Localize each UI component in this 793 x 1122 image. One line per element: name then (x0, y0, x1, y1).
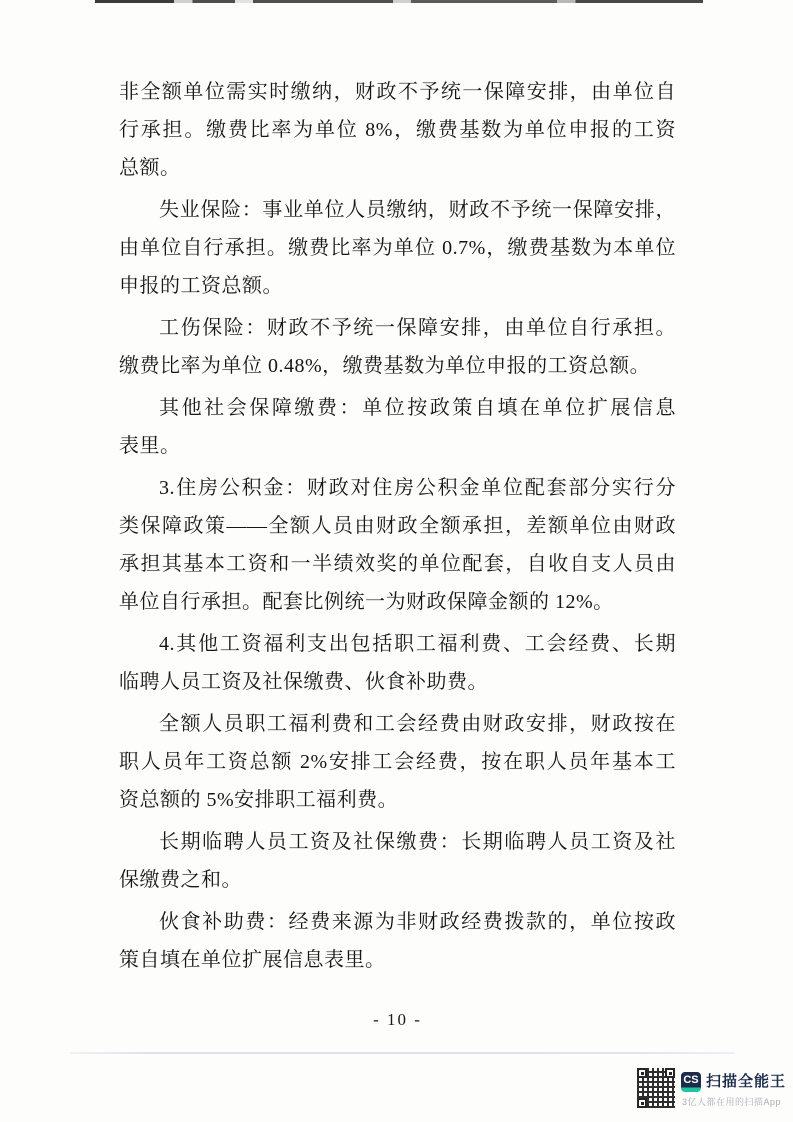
qr-finder-icon (665, 1068, 675, 1078)
text-line: 行承担。缴费比率为单位 8%，缴费基数为单位申报的工资 (119, 111, 676, 149)
text-line: 承担其基本工资和一半绩效奖的单位配套，自收自支人员由 (119, 545, 676, 583)
text-line: 申报的工资总额。 (119, 267, 676, 305)
text-line: 缴费比率为单位 0.48%，缴费基数为单位申报的工资总额。 (119, 347, 676, 385)
text-line: 4.其他工资福利支出包括职工福利费、工会经费、长期 (119, 625, 676, 663)
text-line: 3.住房公积金：财政对住房公积金单位配套部分实行分 (119, 469, 676, 507)
scanned-page: 非全额单位需实时缴纳，财政不予统一保障安排，由单位自 行承担。缴费比率为单位 8… (0, 0, 793, 1122)
camscanner-brand-name: 扫描全能王 (706, 1072, 786, 1092)
text-line: 总额。 (119, 149, 676, 187)
text-line: 长期临聘人员工资及社保缴费：长期临聘人员工资及社 (119, 823, 676, 861)
scan-bottom-edge-line (70, 1052, 735, 1054)
paragraph: 3.住房公积金：财政对住房公积金单位配套部分实行分 类保障政策——全额人员由财政… (119, 469, 676, 621)
camscanner-tagline: 3亿人都在用的扫描App (682, 1095, 781, 1108)
camscanner-logo-icon: CS (681, 1072, 701, 1092)
text-line: 单位自行承担。配套比例统一为财政保障金额的 12%。 (119, 583, 676, 621)
paragraph: 长期临聘人员工资及社保缴费：长期临聘人员工资及社 保缴费之和。 (119, 823, 676, 899)
paragraph: 4.其他工资福利支出包括职工福利费、工会经费、长期 临聘人员工资及社保缴费、伙食… (119, 625, 676, 701)
text-line: 全额人员职工福利费和工会经费由财政安排，财政按在 (119, 705, 676, 743)
text-line: 非全额单位需实时缴纳，财政不予统一保障安排，由单位自 (119, 73, 676, 111)
qr-finder-icon (637, 1098, 647, 1108)
document-content: 非全额单位需实时缴纳，财政不予统一保障安排，由单位自 行承担。缴费比率为单位 8… (119, 73, 676, 979)
text-line: 策自填在单位扩展信息表里。 (119, 941, 676, 979)
scan-artifact-top-edge (95, 0, 703, 3)
qr-code (637, 1068, 675, 1108)
text-line: 资总额的 5%安排职工福利费。 (119, 781, 676, 819)
paragraph: 非全额单位需实时缴纳，财政不予统一保障安排，由单位自 行承担。缴费比率为单位 8… (119, 73, 676, 187)
qr-finder-icon (637, 1068, 647, 1078)
text-line: 由单位自行承担。缴费比率为单位 0.7%，缴费基数为本单位 (119, 229, 676, 267)
text-line: 表里。 (119, 427, 676, 465)
paragraph: 其他社会保障缴费：单位按政策自填在单位扩展信息 表里。 (119, 389, 676, 465)
text-line: 职人员年工资总额 2%安排工会经费，按在职人员年基本工 (119, 743, 676, 781)
text-line: 临聘人员工资及社保缴费、伙食补助费。 (119, 663, 676, 701)
paragraph: 失业保险：事业单位人员缴纳，财政不予统一保障安排， 由单位自行承担。缴费比率为单… (119, 191, 676, 305)
camscanner-watermark: CS 扫描全能王 3亿人都在用的扫描App (637, 1066, 787, 1116)
text-line: 其他社会保障缴费：单位按政策自填在单位扩展信息 (119, 389, 676, 427)
text-line: 工伤保险：财政不予统一保障安排，由单位自行承担。 (119, 309, 676, 347)
text-line: 类保障政策——全额人员由财政全额承担，差额单位由财政 (119, 507, 676, 545)
page-number: - 10 - (119, 1010, 676, 1030)
paragraph: 工伤保险：财政不予统一保障安排，由单位自行承担。 缴费比率为单位 0.48%，缴… (119, 309, 676, 385)
text-line: 失业保险：事业单位人员缴纳，财政不予统一保障安排， (119, 191, 676, 229)
camscanner-logo-text: CS (683, 1074, 698, 1086)
text-line: 伙食补助费：经费来源为非财政经费拨款的，单位按政 (119, 903, 676, 941)
paragraph: 伙食补助费：经费来源为非财政经费拨款的，单位按政 策自填在单位扩展信息表里。 (119, 903, 676, 979)
paragraph: 全额人员职工福利费和工会经费由财政安排，财政按在 职人员年工资总额 2%安排工会… (119, 705, 676, 819)
text-line: 保缴费之和。 (119, 861, 676, 899)
